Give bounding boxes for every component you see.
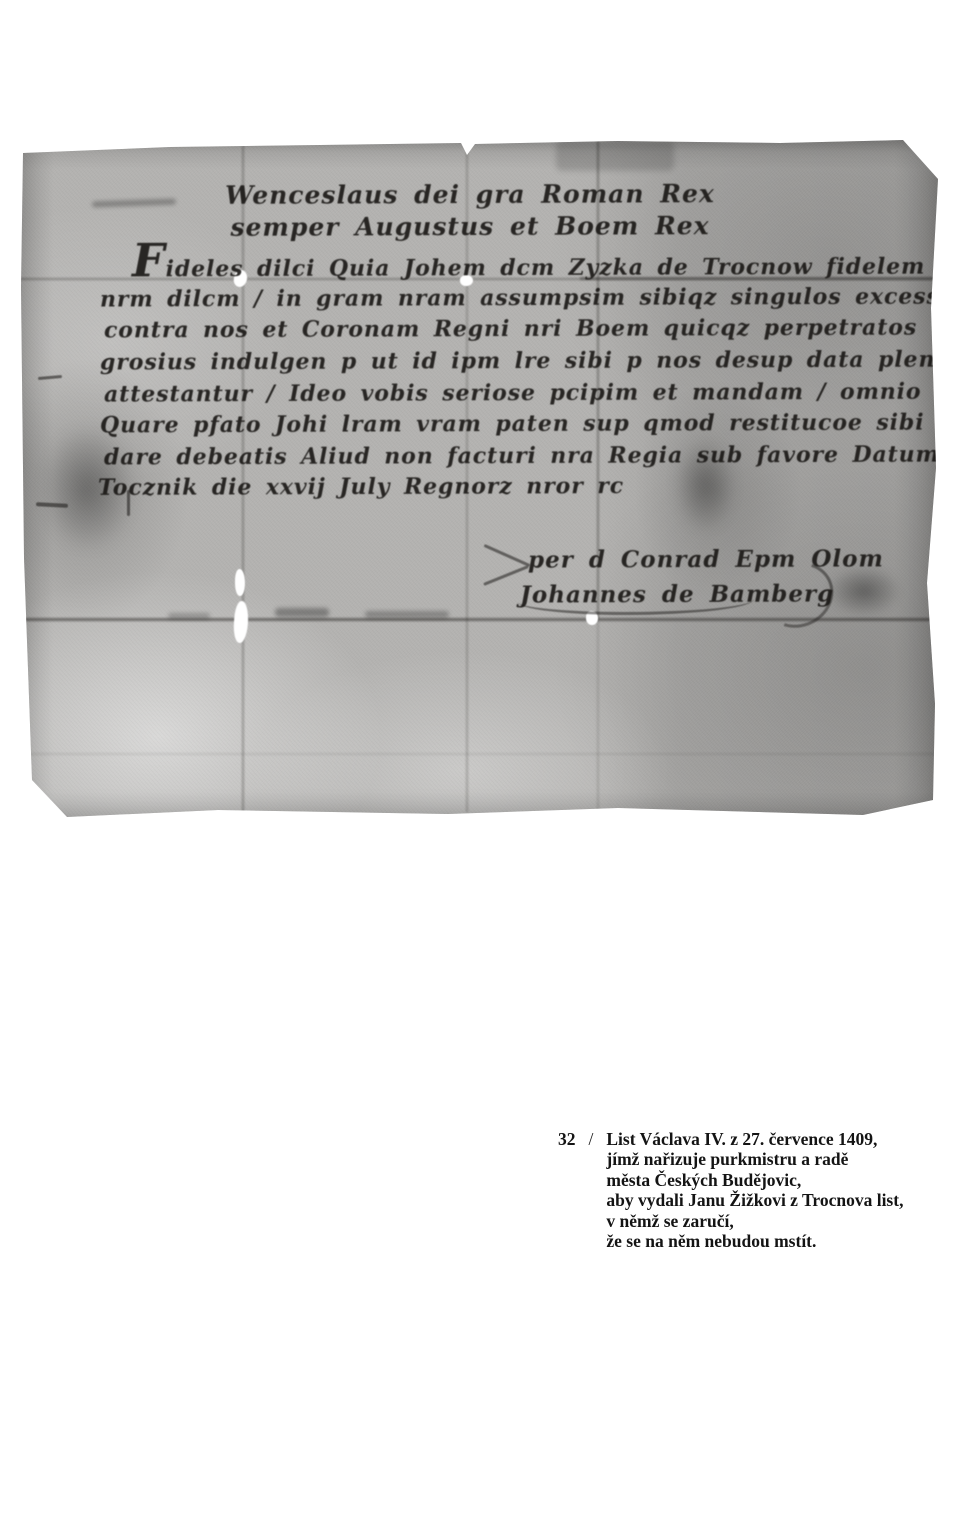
parchment-tear: [459, 274, 473, 287]
manuscript-body-line: nrm dilcm / in gram nram assumpsim sibiq…: [100, 283, 960, 312]
horizontal-fold-crease: [580, 277, 938, 280]
ink-stain: [820, 561, 908, 621]
manuscript-body-line: Quare pfato Johi lram vram paten sup qmo…: [100, 410, 925, 439]
caption-text: List Václava IV. z 27. července 1409, jí…: [606, 1129, 903, 1251]
manuscript-body-line: dare debeatis Aliud non facturi nra Regi…: [104, 442, 940, 471]
caption-line: že se na něm nebudou mstít.: [606, 1231, 903, 1251]
manuscript-body-line: grosius indulgen p ut id ipm lre sibi p …: [100, 346, 960, 375]
caption-line: jímž nařizuje purkmistru a radě: [606, 1149, 903, 1169]
ink-stain: [556, 141, 674, 171]
caption-line: aby vydali Janu Žižkovi z Trocnova list,: [606, 1190, 903, 1210]
parchment-photograph: Wenceslaus dei gra Roman Rex semper Augu…: [20, 138, 938, 818]
fold-smudge: [275, 608, 329, 617]
manuscript-body-line: Fideles dilci Quia Johem dcm Zyzka de Tr…: [132, 249, 925, 283]
signature-flourish: [518, 586, 754, 615]
horizontal-fold-crease: [20, 278, 938, 280]
vertical-fold-crease: [597, 141, 599, 619]
parchment-tear: [235, 569, 245, 596]
manuscript-heading-line: semper Augustus et Boem Rex: [225, 211, 715, 242]
fold-smudge: [365, 611, 449, 618]
signature-flourish: [484, 544, 531, 567]
ink-stain: [92, 199, 176, 208]
signature-flourish: [483, 565, 529, 586]
manuscript-signature-line: per d Conrad Epm Olom: [528, 545, 884, 573]
manuscript-body-line: contra nos et Coronam Regni nri Boem qui…: [104, 315, 917, 344]
caption: 32 / List Václava IV. z 27. července 140…: [558, 1129, 903, 1251]
stray-ink-mark: [38, 375, 62, 380]
manuscript-signature-line: Johannes de Bamberg: [520, 580, 834, 608]
caption-line: města Českých Budějovic,: [606, 1170, 903, 1190]
ink-stain: [666, 424, 744, 546]
signature-flourish: [752, 551, 844, 639]
horizontal-fold-crease: [20, 618, 938, 621]
fold-smudge: [168, 613, 210, 619]
vertical-fold-crease: [242, 146, 244, 812]
stray-ink-mark: [36, 502, 68, 508]
parchment-tear: [586, 611, 598, 625]
figure-number: 32: [558, 1129, 576, 1251]
parchment-tear: [232, 269, 249, 289]
stray-ink-mark: [127, 490, 130, 516]
horizontal-fold-crease: [20, 753, 938, 755]
parchment-tear: [233, 601, 250, 644]
vertical-fold-crease: [466, 144, 468, 812]
caption-separator: /: [589, 1129, 594, 1251]
book-page: Wenceslaus dei gra Roman Rex semper Augu…: [0, 0, 960, 1534]
ink-stain: [28, 406, 150, 570]
manuscript-body-line: Tocznik die xxvij July Regnorz nror rc: [98, 473, 624, 501]
caption-line: v němž se zaručí,: [606, 1211, 903, 1231]
manuscript-heading-line: Wenceslaus dei gra Roman Rex: [225, 179, 715, 210]
vertical-fold-crease: [597, 620, 599, 810]
manuscript-body-line: attestantur / Ideo vobis seriose pcipim …: [104, 378, 960, 407]
caption-line: List Václava IV. z 27. července 1409,: [606, 1129, 903, 1149]
